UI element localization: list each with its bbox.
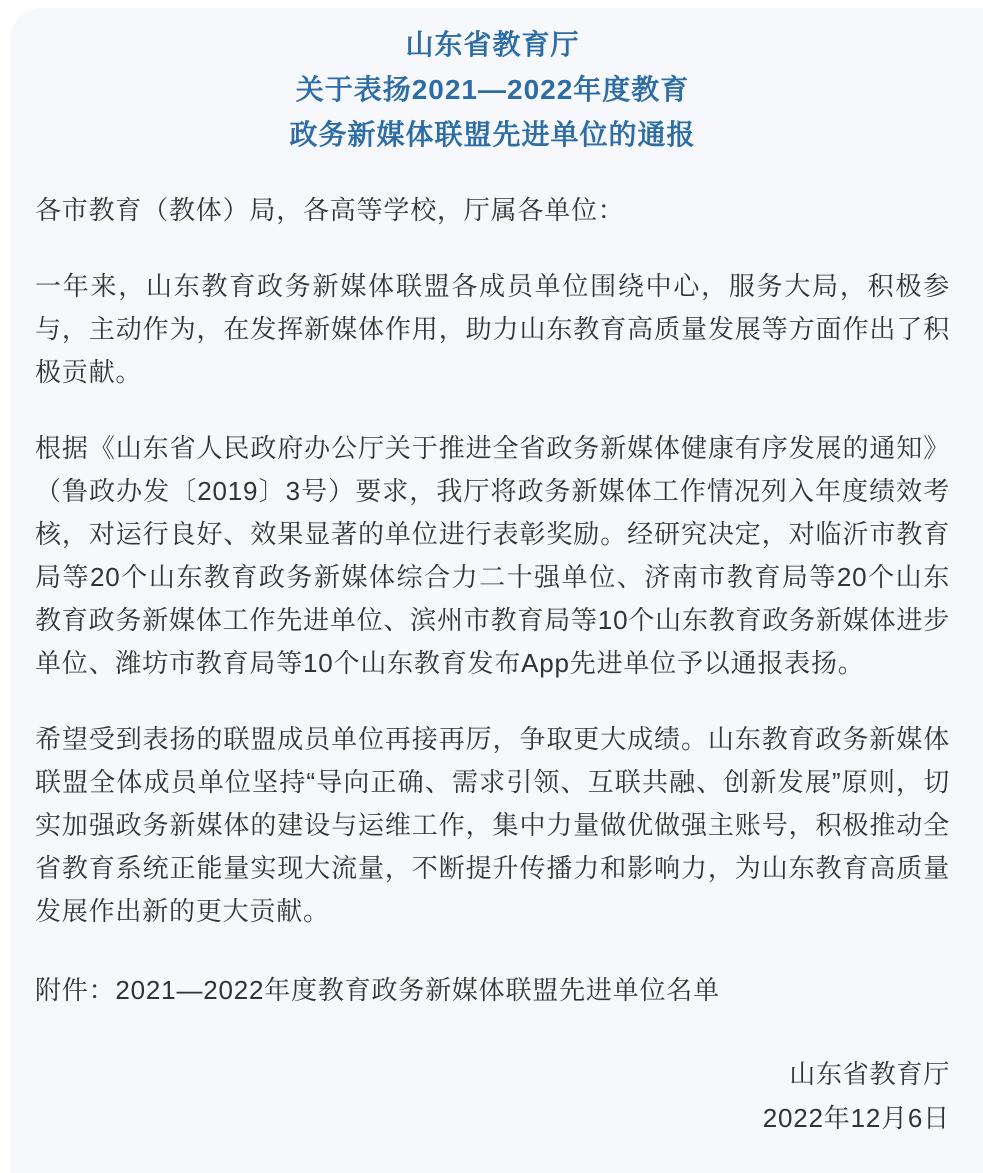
notice-title-line-1: 山东省教育厅: [35, 22, 950, 67]
page: { "page": { "background_color": "#ffffff…: [0, 0, 983, 1173]
issue-date: 2022年12月6日: [35, 1096, 950, 1140]
notice-title-line-2: 关于表扬2021—2022年度教育: [35, 67, 950, 112]
salutation: 各市教育（教体）局，各高等学校，厅属各单位：: [35, 189, 950, 232]
notice-panel: 山东省教育厅 关于表扬2021—2022年度教育 政务新媒体联盟先进单位的通报 …: [10, 8, 983, 1173]
body-paragraph-3: 希望受到表扬的联盟成员单位再接再厉，争取更大成绩。山东教育政务新媒体联盟全体成员…: [35, 718, 950, 933]
notice-title-line-3: 政务新媒体联盟先进单位的通报: [35, 112, 950, 157]
body-paragraph-2: 根据《山东省人民政府办公厅关于推进全省政务新媒体健康有序发展的通知》（鲁政办发〔…: [35, 427, 950, 685]
issuer-name: 山东省教育厅: [35, 1052, 950, 1096]
notice-title: 山东省教育厅 关于表扬2021—2022年度教育 政务新媒体联盟先进单位的通报: [35, 22, 950, 157]
signature-block: 山东省教育厅 2022年12月6日: [35, 1052, 950, 1140]
attachment-line: 附件：2021—2022年度教育政务新媒体联盟先进单位名单: [35, 969, 950, 1012]
body-paragraph-1: 一年来，山东教育政务新媒体联盟各成员单位围绕中心，服务大局，积极参与，主动作为，…: [35, 265, 950, 394]
